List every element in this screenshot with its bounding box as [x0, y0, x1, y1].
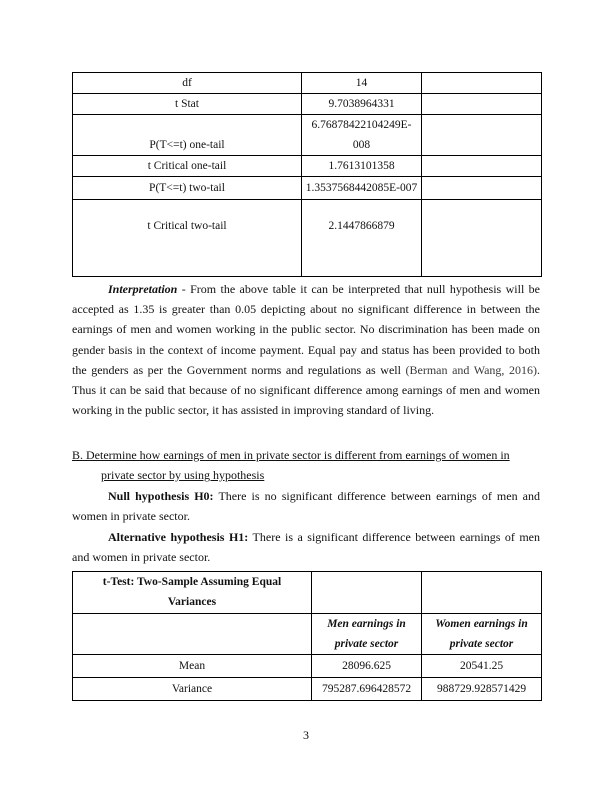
empty-cell: [312, 572, 422, 614]
citation: (Berman and Wang, 2016): [406, 363, 538, 377]
alternative-hypothesis-label: Alternative hypothesis H1:: [108, 530, 248, 544]
column-header-blank: [73, 614, 312, 655]
column-header-women: Women earnings in private sector: [422, 614, 542, 655]
table-row: t Critical one-tail 1.7613101358: [73, 156, 542, 177]
row-label: P(T<=t) one-tail: [73, 115, 302, 156]
table-header-row: Men earnings in private sector Women ear…: [73, 614, 542, 655]
column-header-men: Men earnings in private sector: [312, 614, 422, 655]
women-value: 988729.928571429: [422, 678, 542, 701]
section-b-heading: B. Determine how earnings of men in priv…: [72, 445, 540, 485]
row-value: 2.1447866879: [302, 200, 422, 277]
table-title-row: t-Test: Two-Sample Assuming Equal Varian…: [73, 572, 542, 614]
row-value: 9.7038964331: [302, 94, 422, 115]
p-one-tail-value: 6.76878422104249E-008: [312, 119, 412, 151]
section-b-heading-line2: private sector by using hypothesis: [72, 465, 540, 485]
table-row: df 14: [73, 73, 542, 94]
table-row: P(T<=t) one-tail 6.76878422104249E-008: [73, 115, 542, 156]
row-label: t Critical two-tail: [73, 200, 302, 277]
table-row: Variance 795287.696428572 988729.9285714…: [73, 678, 542, 701]
row-extra: [422, 94, 542, 115]
row-extra: [422, 200, 542, 277]
table-title: t-Test: Two-Sample Assuming Equal Varian…: [73, 572, 312, 614]
row-label: Variance: [73, 678, 312, 701]
table-row: P(T<=t) two-tail 1.3537568442085E-007: [73, 177, 542, 200]
t-test-results-table-continued: df 14 t Stat 9.7038964331 P(T<=t) one-ta…: [72, 72, 542, 277]
interpretation-paragraph: Interpretation - From the above table it…: [72, 279, 540, 420]
row-label: P(T<=t) two-tail: [73, 177, 302, 200]
row-label: Mean: [73, 655, 312, 678]
table-row: t Critical two-tail 2.1447866879: [73, 200, 542, 277]
page-number: 3: [0, 728, 612, 743]
table-title-line2: Variances: [73, 592, 311, 612]
women-value: 20541.25: [422, 655, 542, 678]
row-value: 14: [302, 73, 422, 94]
row-value: 1.7613101358: [302, 156, 422, 177]
interpretation-lead: Interpretation: [108, 282, 177, 296]
row-label: t Stat: [73, 94, 302, 115]
null-hypothesis: Null hypothesis H0: There is no signific…: [72, 486, 540, 526]
empty-cell: [422, 572, 542, 614]
table-row: Mean 28096.625 20541.25: [73, 655, 542, 678]
table-row: t Stat 9.7038964331: [73, 94, 542, 115]
row-extra: [422, 177, 542, 200]
row-label: t Critical one-tail: [73, 156, 302, 177]
row-extra: [422, 156, 542, 177]
row-label: df: [73, 73, 302, 94]
row-extra: [422, 73, 542, 94]
row-extra: [422, 115, 542, 156]
men-value: 28096.625: [312, 655, 422, 678]
men-value: 795287.696428572: [312, 678, 422, 701]
t-test-equal-variances-table: t-Test: Two-Sample Assuming Equal Varian…: [72, 571, 542, 701]
null-hypothesis-label: Null hypothesis H0:: [108, 489, 214, 503]
row-value: 1.3537568442085E-007: [302, 177, 422, 200]
section-b-heading-line1: B. Determine how earnings of men in priv…: [72, 448, 510, 462]
row-value: 6.76878422104249E-008: [302, 115, 422, 156]
table-title-line1: t-Test: Two-Sample Assuming Equal: [73, 572, 311, 592]
document-page: df 14 t Stat 9.7038964331 P(T<=t) one-ta…: [0, 0, 612, 792]
alternative-hypothesis: Alternative hypothesis H1: There is a si…: [72, 527, 540, 567]
